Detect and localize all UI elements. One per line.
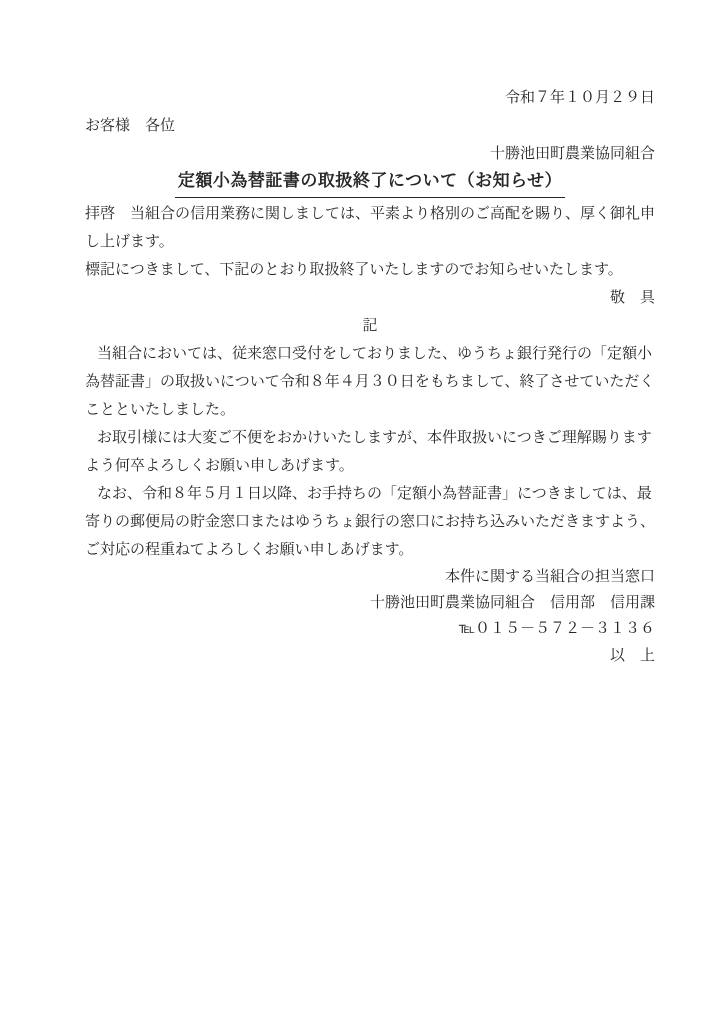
contact-block: 本件に関する当組合の担当窓口 十勝池田町農業協同組合 信用部 信用課 ℡０１５－… <box>85 564 655 642</box>
document-title: 定額小為替証書の取扱終了について（お知らせ） <box>175 168 565 198</box>
title-row: 定額小為替証書の取扱終了について（お知らせ） <box>85 168 655 200</box>
letter-page: 令和７年１０月２９日 お客様 各位 十勝池田町農業協同組合 定額小為替証書の取扱… <box>0 0 724 1024</box>
date-line: 令和７年１０月２９日 <box>85 84 655 112</box>
ijou-closing: 以 上 <box>85 642 655 670</box>
greeting-paragraph: 拝啓 当組合の信用業務に関しましては、平素より格別のご高配を賜り、厚く御礼申し上… <box>85 200 655 256</box>
ki-marker: 記 <box>85 312 655 340</box>
recipient-line: お客様 各位 <box>85 112 655 140</box>
body-paragraph-3: なお、令和８年５月１日以降、お手持ちの「定額小為替証書」につきましては、最寄りの… <box>85 480 655 564</box>
contact-phone: ℡０１５－５７２－３１３６ <box>85 616 655 642</box>
keigu-closing: 敬 具 <box>85 284 655 312</box>
body-paragraph-1: 当組合においては、従来窓口受付をしておりました、ゆうちょ銀行発行の「定額小為替証… <box>85 340 655 424</box>
contact-heading: 本件に関する当組合の担当窓口 <box>85 564 655 590</box>
body-paragraph-2: お取引様には大変ご不便をおかけいたしますが、本件取扱いにつきご理解賜りますよう何… <box>85 424 655 480</box>
notice-paragraph: 標記につきまして、下記のとおり取扱終了いたしますのでお知らせいたします。 <box>85 256 655 284</box>
contact-department: 十勝池田町農業協同組合 信用部 信用課 <box>85 590 655 616</box>
sender-line: 十勝池田町農業協同組合 <box>85 140 655 168</box>
